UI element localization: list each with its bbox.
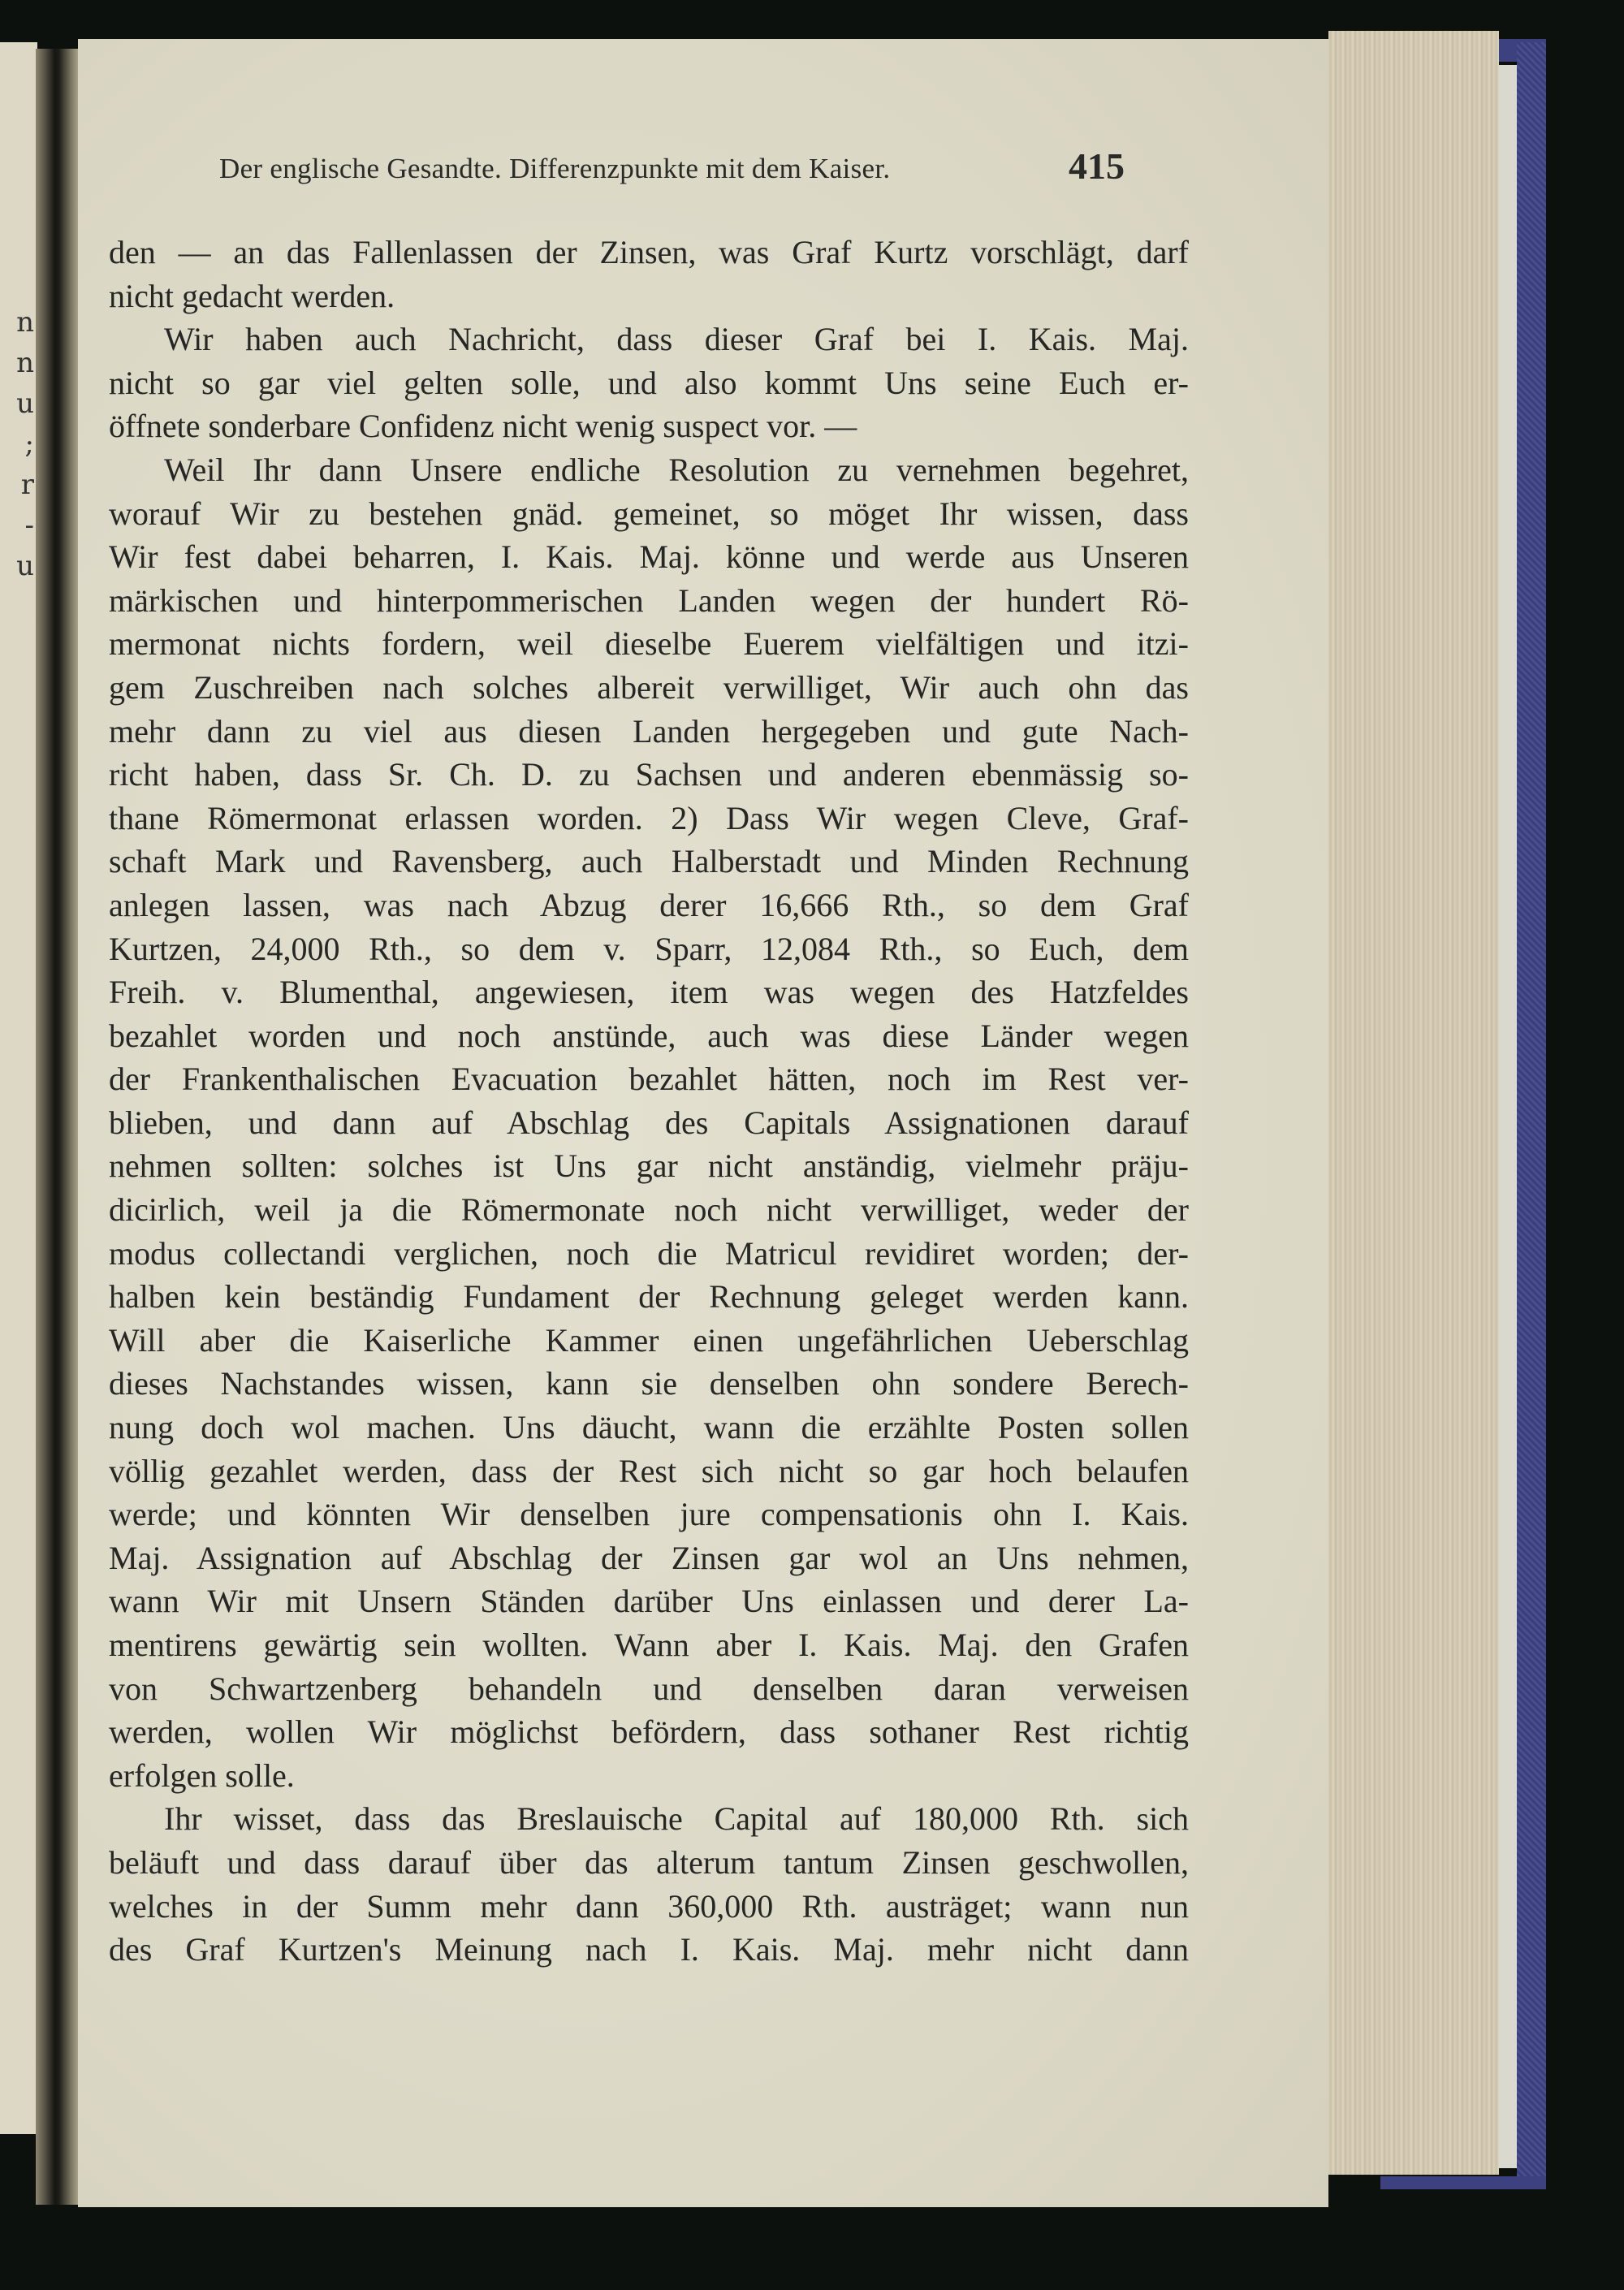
text-line: völlig gezahlet werden, dass der Rest si… [109, 1450, 1189, 1493]
text-line: gem Zuschreiben nach solches albereit ve… [109, 666, 1189, 710]
fragment: n [2, 302, 34, 343]
text-line: thane Römermonat erlassen worden. 2) Das… [109, 797, 1189, 840]
text-line: worauf Wir zu bestehen gnäd. gemeinet, s… [109, 492, 1189, 536]
text-line: modus collectandi verglichen, noch die M… [109, 1232, 1189, 1276]
text-line: nehmen sollten: solches ist Uns gar nich… [109, 1144, 1189, 1188]
text-line: mentirens gewärtig sein wollten. Wann ab… [109, 1623, 1189, 1667]
text-line: beläuft und dass darauf über das alterum… [109, 1841, 1189, 1885]
cover-edge-bottom [1380, 2176, 1546, 2189]
book-cover-cloth [1517, 42, 1546, 2186]
text-line: des Graf Kurtzen's Meinung nach I. Kais.… [109, 1928, 1189, 1972]
fragment: ; [2, 424, 34, 464]
text-line: von Schwartzenberg behandeln und denselb… [109, 1667, 1189, 1711]
text-line: anlegen lassen, was nach Abzug derer 16,… [109, 884, 1189, 927]
fragment: n [2, 343, 34, 383]
book-gutter [36, 49, 78, 2205]
running-head-title: Der englische Gesandte. Differenzpunkte … [219, 153, 890, 185]
text-line: märkischen und hinterpommerischen Landen… [109, 579, 1189, 623]
text-line: Kurtzen, 24,000 Rth., so dem v. Sparr, 1… [109, 927, 1189, 971]
text-line: Wir haben auch Nachricht, dass dieser Gr… [109, 318, 1189, 361]
facing-page-left: n n u ; r - u [0, 42, 37, 1800]
fragment: u [2, 383, 34, 424]
text-line: nicht gedacht werden. [109, 274, 1189, 318]
text-line: Weil Ihr dann Unsere endliche Resolution… [109, 448, 1189, 492]
text-line: Maj. Assignation auf Abschlag der Zinsen… [109, 1536, 1189, 1580]
text-line: Freih. v. Blumenthal, angewiesen, item w… [109, 970, 1189, 1014]
text-line: öffnete sonderbare Confidenz nicht wenig… [109, 404, 1189, 448]
endpaper-edge [1499, 65, 1517, 2168]
fragment: r [2, 464, 34, 505]
text-line: richt haben, dass Sr. Ch. D. zu Sachsen … [109, 753, 1189, 797]
fragment: - [2, 505, 34, 546]
text-line: werde; und könnten Wir denselben jure co… [109, 1493, 1189, 1536]
text-line: werden, wollen Wir möglichst befördern, … [109, 1710, 1189, 1754]
page-number: 415 [1069, 145, 1125, 188]
text-line: schaft Mark und Ravensberg, auch Halbers… [109, 840, 1189, 884]
text-line: den — an das Fallenlassen der Zinsen, wa… [109, 231, 1189, 274]
facing-page-left-lower [0, 1787, 37, 2134]
text-line: nung doch wol machen. Uns däucht, wann d… [109, 1406, 1189, 1450]
text-line: Wir fest dabei beharren, I. Kais. Maj. k… [109, 535, 1189, 579]
body-text: den — an das Fallenlassen der Zinsen, wa… [109, 231, 1189, 1972]
text-line: wann Wir mit Unsern Ständen darüber Uns … [109, 1579, 1189, 1623]
text-line: blieben, und dann auf Abschlag des Capit… [109, 1101, 1189, 1145]
page-stack-edges [1328, 31, 1499, 2175]
fragment: u [2, 546, 34, 586]
text-line: dieses Nachstandes wissen, kann sie dens… [109, 1362, 1189, 1406]
text-line: mehr dann zu viel aus diesen Landen herg… [109, 710, 1189, 754]
text-line: nicht so gar viel gelten solle, und also… [109, 361, 1189, 405]
text-line: welches in der Summ mehr dann 360,000 Rt… [109, 1885, 1189, 1929]
facing-page-text-fragments: n n u ; r - u [2, 302, 34, 586]
text-line: halben kein beständig Fundament der Rech… [109, 1275, 1189, 1319]
text-line: Ihr wisset, dass das Breslauische Capita… [109, 1797, 1189, 1841]
text-line: bezahlet worden und noch anstünde, auch … [109, 1014, 1189, 1058]
text-line: erfolgen solle. [109, 1754, 1189, 1798]
text-line: mermonat nichts fordern, weil dieselbe E… [109, 622, 1189, 666]
text-line: Will aber die Kaiserliche Kammer einen u… [109, 1319, 1189, 1363]
text-line: der Frankenthalischen Evacuation bezahle… [109, 1057, 1189, 1101]
text-line: dicirlich, weil ja die Römermonate noch … [109, 1188, 1189, 1232]
